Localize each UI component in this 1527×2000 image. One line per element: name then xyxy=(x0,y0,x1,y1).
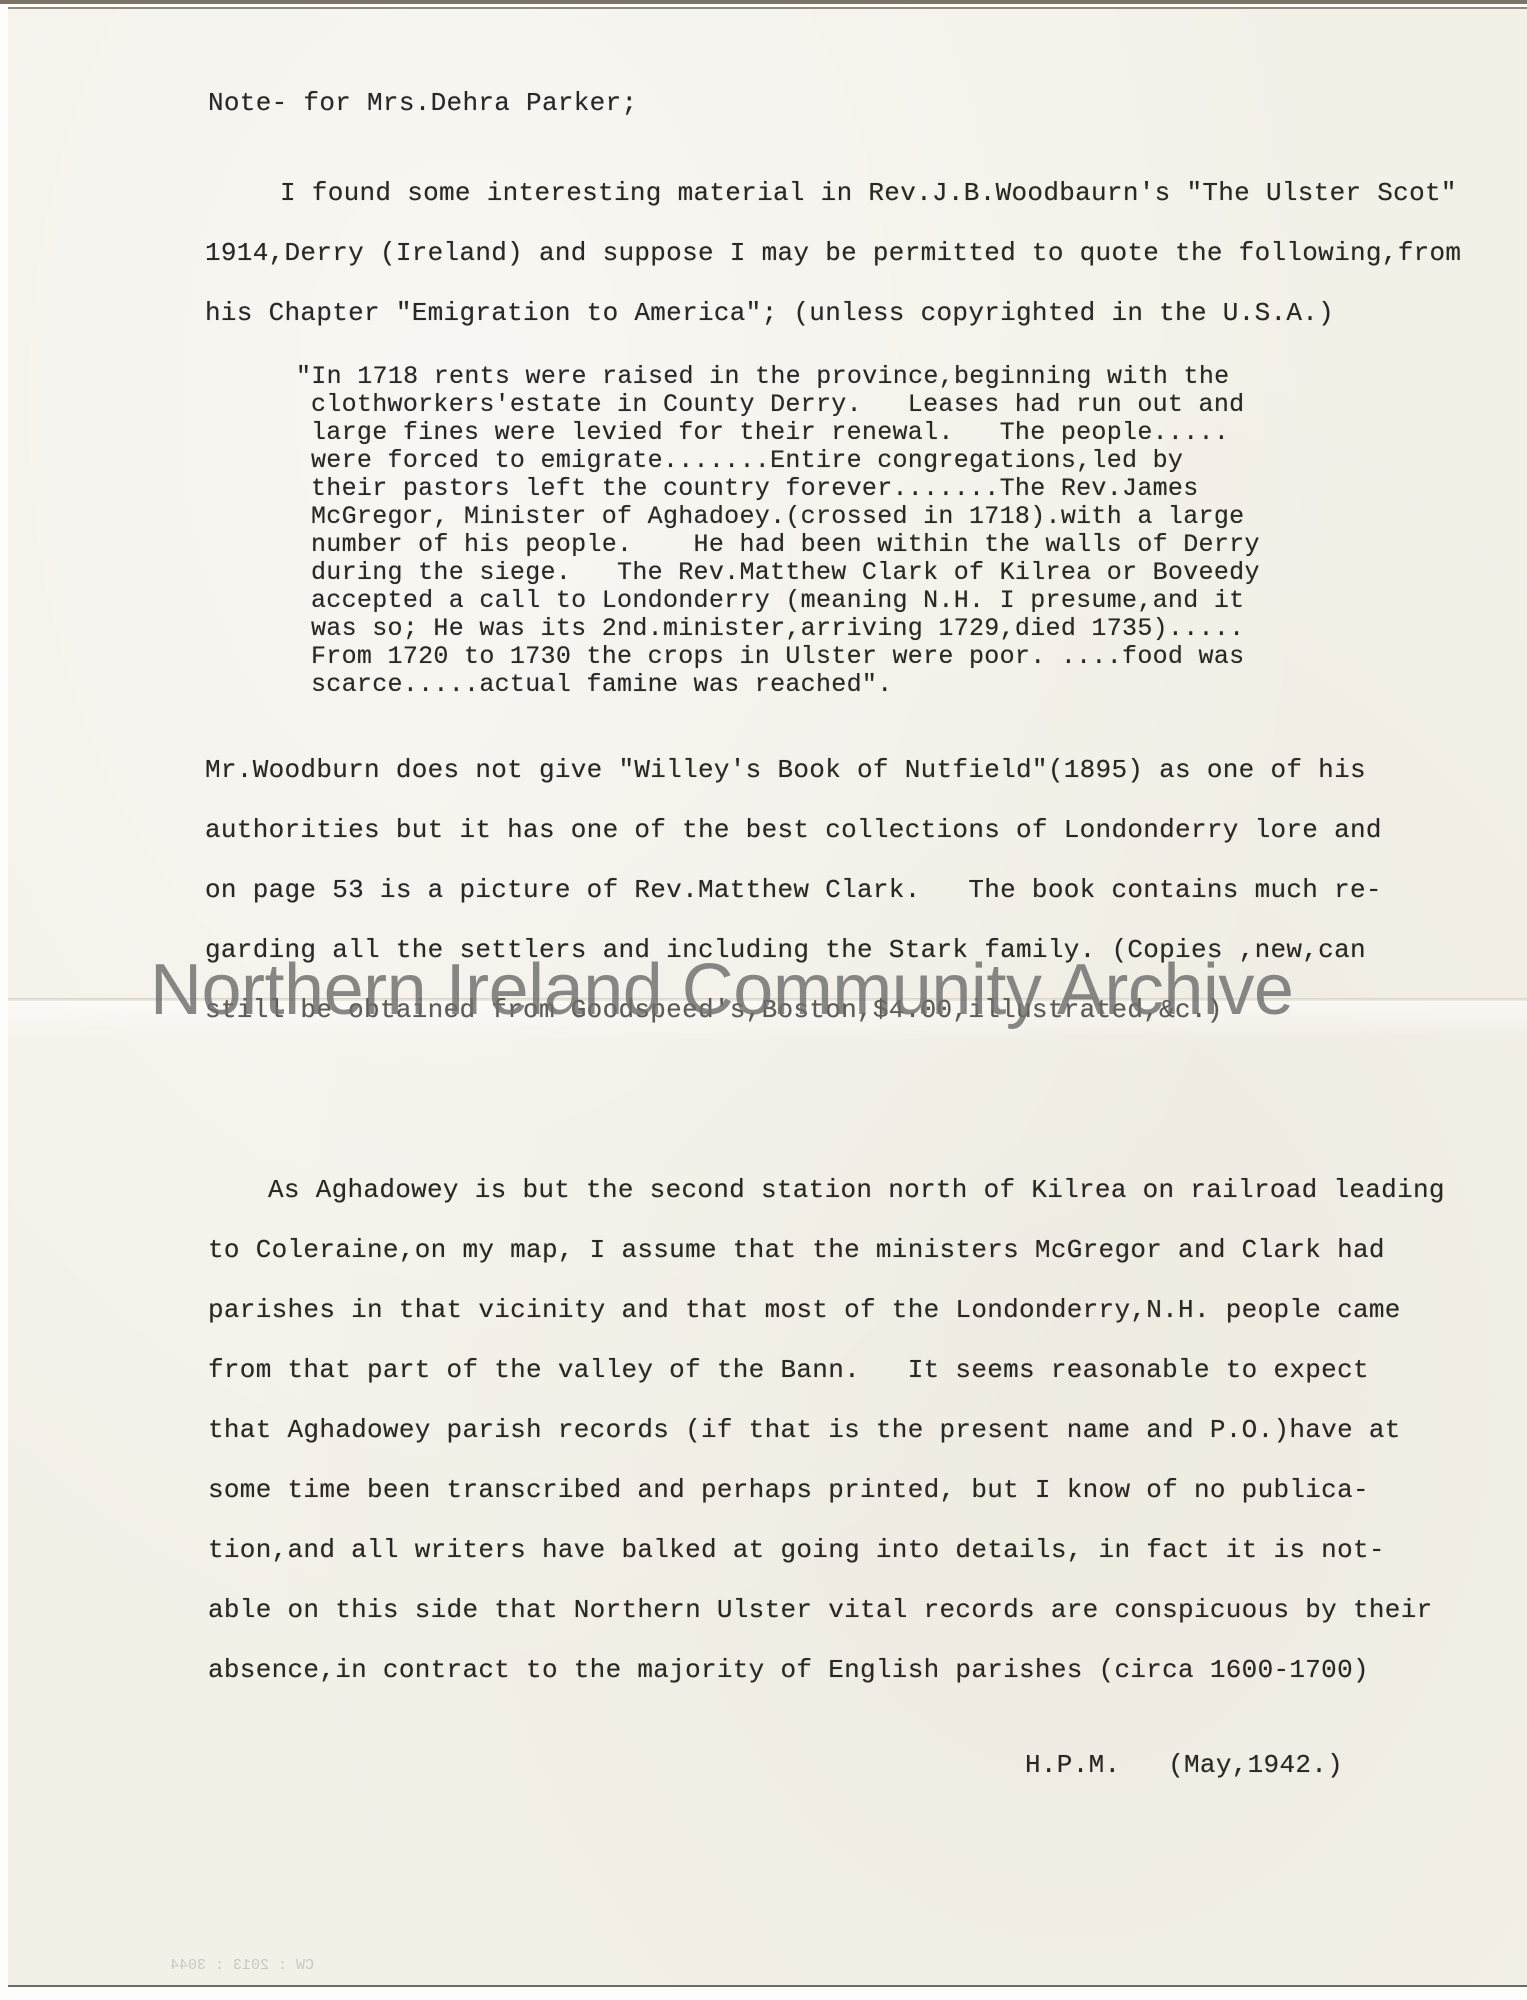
scan-top-edge xyxy=(0,0,1527,4)
paragraph-3-line-7: tion,and all writers have balked at goin… xyxy=(208,1535,1385,1565)
paragraph-3-line-4: from that part of the valley of the Bann… xyxy=(208,1355,1369,1385)
signature-and-date: H.P.M. (May,1942.) xyxy=(1025,1750,1343,1780)
paragraph-1-line-2: 1914,Derry (Ireland) and suppose I may b… xyxy=(205,238,1461,268)
paragraph-3-line-8: able on this side that Northern Ulster v… xyxy=(208,1595,1433,1625)
paragraph-1-line-1: I found some interesting material in Rev… xyxy=(280,178,1457,208)
paragraph-2-line-2: authorities but it has one of the best c… xyxy=(205,815,1382,845)
quotation-line-7: number of his people. He had been within… xyxy=(311,531,1260,559)
paragraph-3-line-6: some time been transcribed and perhaps p… xyxy=(208,1475,1369,1505)
paragraph-1-line-3: his Chapter "Emigration to America"; (un… xyxy=(205,298,1334,328)
archive-watermark: Northern Ireland Community Archive xyxy=(150,948,1380,1032)
archive-reference-showthrough: CW : 2013 : 3044 xyxy=(170,1957,314,1974)
paragraph-3-line-1: As Aghadowey is but the second station n… xyxy=(268,1175,1445,1205)
quotation-line-4: were forced to emigrate.......Entire con… xyxy=(311,447,1183,475)
quotation-line-3: large fines were levied for their renewa… xyxy=(311,419,1229,447)
paragraph-3-line-2: to Coleraine,on my map, I assume that th… xyxy=(208,1235,1385,1265)
quotation-line-12: scarce.....actual famine was reached". xyxy=(311,671,893,699)
quotation-line-6: McGregor, Minister of Aghadoey.(crossed … xyxy=(311,503,1244,531)
paragraph-2-line-1: Mr.Woodburn does not give "Willey's Book… xyxy=(205,755,1366,785)
paragraph-3-line-5: that Aghadowey parish records (if that i… xyxy=(208,1415,1401,1445)
paragraph-3-line-9: absence,in contract to the majority of E… xyxy=(208,1655,1369,1685)
quotation-line-1: "In 1718 rents were raised in the provin… xyxy=(296,363,1229,391)
quotation-line-5: their pastors left the country forever..… xyxy=(311,475,1199,503)
paragraph-2-line-3: on page 53 is a picture of Rev.Matthew C… xyxy=(205,875,1382,905)
quotation-line-11: From 1720 to 1730 the crops in Ulster we… xyxy=(311,643,1244,671)
paragraph-3-line-3: parishes in that vicinity and that most … xyxy=(208,1295,1401,1325)
quotation-line-2: clothworkers'estate in County Derry. Lea… xyxy=(311,391,1244,419)
quotation-line-8: during the siege. The Rev.Matthew Clark … xyxy=(311,559,1260,587)
salutation: Note- for Mrs.Dehra Parker; xyxy=(208,88,637,118)
quotation-line-10: was so; He was its 2nd.minister,arriving… xyxy=(311,615,1244,643)
quotation-line-9: accepted a call to Londonderry (meaning … xyxy=(311,587,1244,615)
